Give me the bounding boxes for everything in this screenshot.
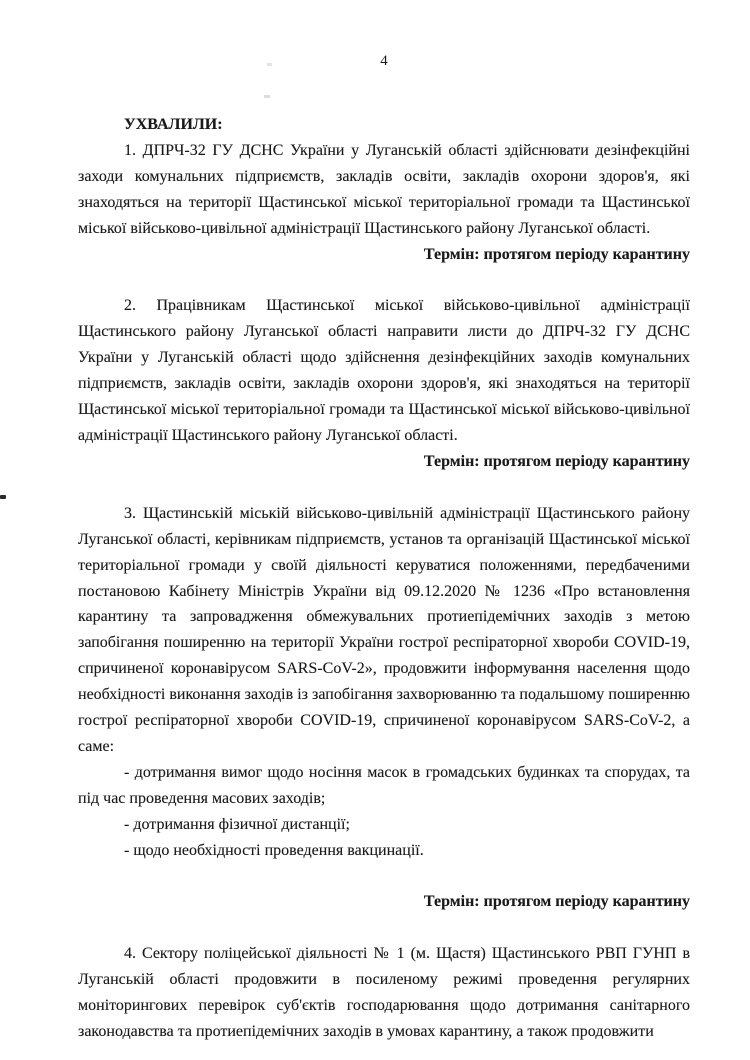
dash-list-item: - дотримання вимог щодо носіння масок в … [78,760,690,812]
document-page: 4 УХВАЛИЛИ: 1. ДПРЧ-32 ГУ ДСНС України у… [0,0,750,1060]
scan-speck [267,63,272,66]
paragraph-item-2: 2. Працівникам Щастинської міської війсь… [78,293,690,448]
resolved-heading: УХВАЛИЛИ: [78,112,690,138]
term-line-3: Термін: протягом періоду карантину [78,889,690,915]
dash-list-item: - дотримання фізичної дистанції; [78,812,690,838]
paragraph-item-1: 1. ДПРЧ-32 ГУ ДСНС України у Луганській … [78,138,690,242]
document-body: УХВАЛИЛИ: 1. ДПРЧ-32 ГУ ДСНС України у Л… [78,112,690,1045]
term-line-1: Термін: протягом періоду карантину [78,242,690,268]
page-number: 4 [0,53,750,70]
scan-artifact [0,495,6,499]
scan-speck [264,95,270,98]
term-line-2: Термін: протягом періоду карантину [78,449,690,475]
dash-list-item: - щодо необхідності проведення вакцинаці… [78,838,690,864]
paragraph-item-3: 3. Щастинській міській військово-цивільн… [78,501,690,760]
paragraph-item-4: 4. Сектору поліцейської діяльності № 1 (… [78,941,690,1045]
